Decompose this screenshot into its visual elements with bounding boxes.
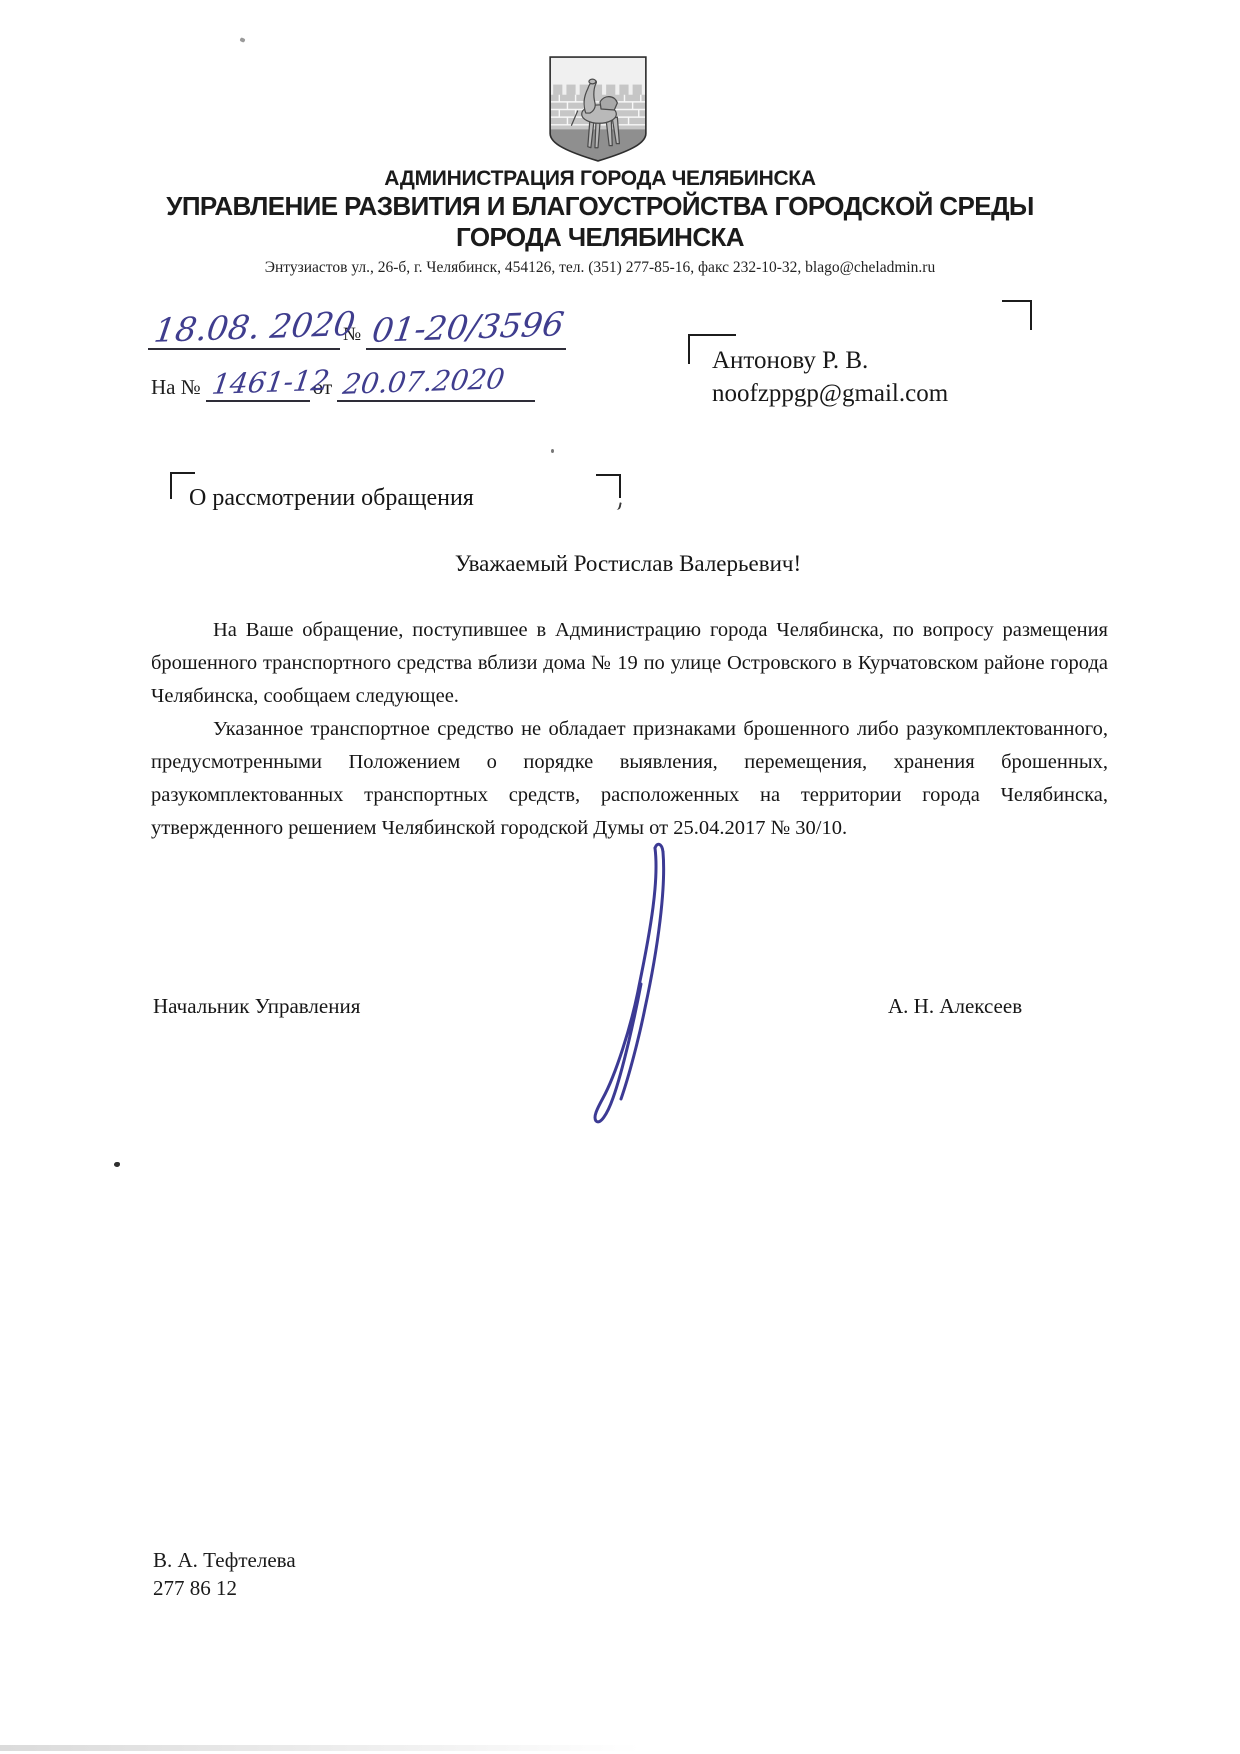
stray-comma-mark [614,501,622,510]
handwritten-incoming-number: 1461-12 [206,367,333,400]
handwritten-incoming-date: 20.07.2020 [337,365,508,400]
handwritten-signature-icon [563,836,703,1136]
letterhead: АДМИНИСТРАЦИЯ ГОРОДА ЧЕЛЯБИНСКА УПРАВЛЕН… [110,166,1090,278]
outgoing-reference-line: 18.08. 2020 № 01-20/3596 [148,300,566,350]
body-paragraph-2: Указанное транспортное средство не облад… [151,713,1108,845]
org-contact-line: Энтузиастов ул., 26-б, г. Челябинск, 454… [110,258,1090,278]
recipient-block: Антонову Р. В. noofzppgp@gmail.com [712,344,948,410]
scan-speck [239,37,245,43]
org-name-line3: ГОРОДА ЧЕЛЯБИНСКА [110,222,1090,253]
incoming-number-blank: 1461-12 [206,371,310,402]
scanned-letter-page: АДМИНИСТРАЦИЯ ГОРОДА ЧЕЛЯБИНСКА УПРАВЛЕН… [0,0,1240,1754]
signer-position-title: Начальник Управления [153,994,360,1019]
handwritten-outgoing-date: 18.08. 2020 [148,307,359,348]
subject-line: О рассмотрении обращения [189,485,474,512]
incoming-reference-line: На № 1461-12 от 20.07.2020 [148,360,535,402]
handwritten-outgoing-number: 01-20/3596 [366,307,568,348]
org-name-line2: УПРАВЛЕНИЕ РАЗВИТИЯ И БЛАГОУСТРОЙСТВА ГО… [110,191,1090,222]
subject-zone-corner-mark-right [596,474,621,498]
scan-edge-shadow [0,1745,640,1751]
outgoing-date-blank: 18.08. 2020 [148,314,340,350]
incoming-date-blank: 20.07.2020 [337,371,535,402]
executor-block: В. А. Тефтелева 277 86 12 [153,1546,296,1602]
signer-name: А. Н. Алексеев [888,994,1022,1019]
outgoing-number-blank: 01-20/3596 [366,314,566,350]
executor-phone: 277 86 12 [153,1574,296,1602]
scan-speck [114,1162,120,1167]
incoming-number-label: На № [148,375,206,402]
salutation: Уважаемый Ростислав Валерьевич! [150,551,1106,577]
recipient-name: Антонову Р. В. [712,344,948,377]
recipient-email: noofzppgp@gmail.com [712,377,948,410]
recipient-zone-corner-mark-right [1002,300,1032,330]
body-paragraph-1: На Ваше обращение, поступившее в Админис… [151,614,1108,713]
org-name-line1: АДМИНИСТРАЦИЯ ГОРОДА ЧЕЛЯБИНСКА [110,166,1090,191]
letter-body: На Ваше обращение, поступившее в Админис… [151,614,1108,845]
chelyabinsk-coat-of-arms-icon [545,54,651,164]
executor-name: В. А. Тефтелева [153,1546,296,1574]
scan-speck [551,449,554,453]
